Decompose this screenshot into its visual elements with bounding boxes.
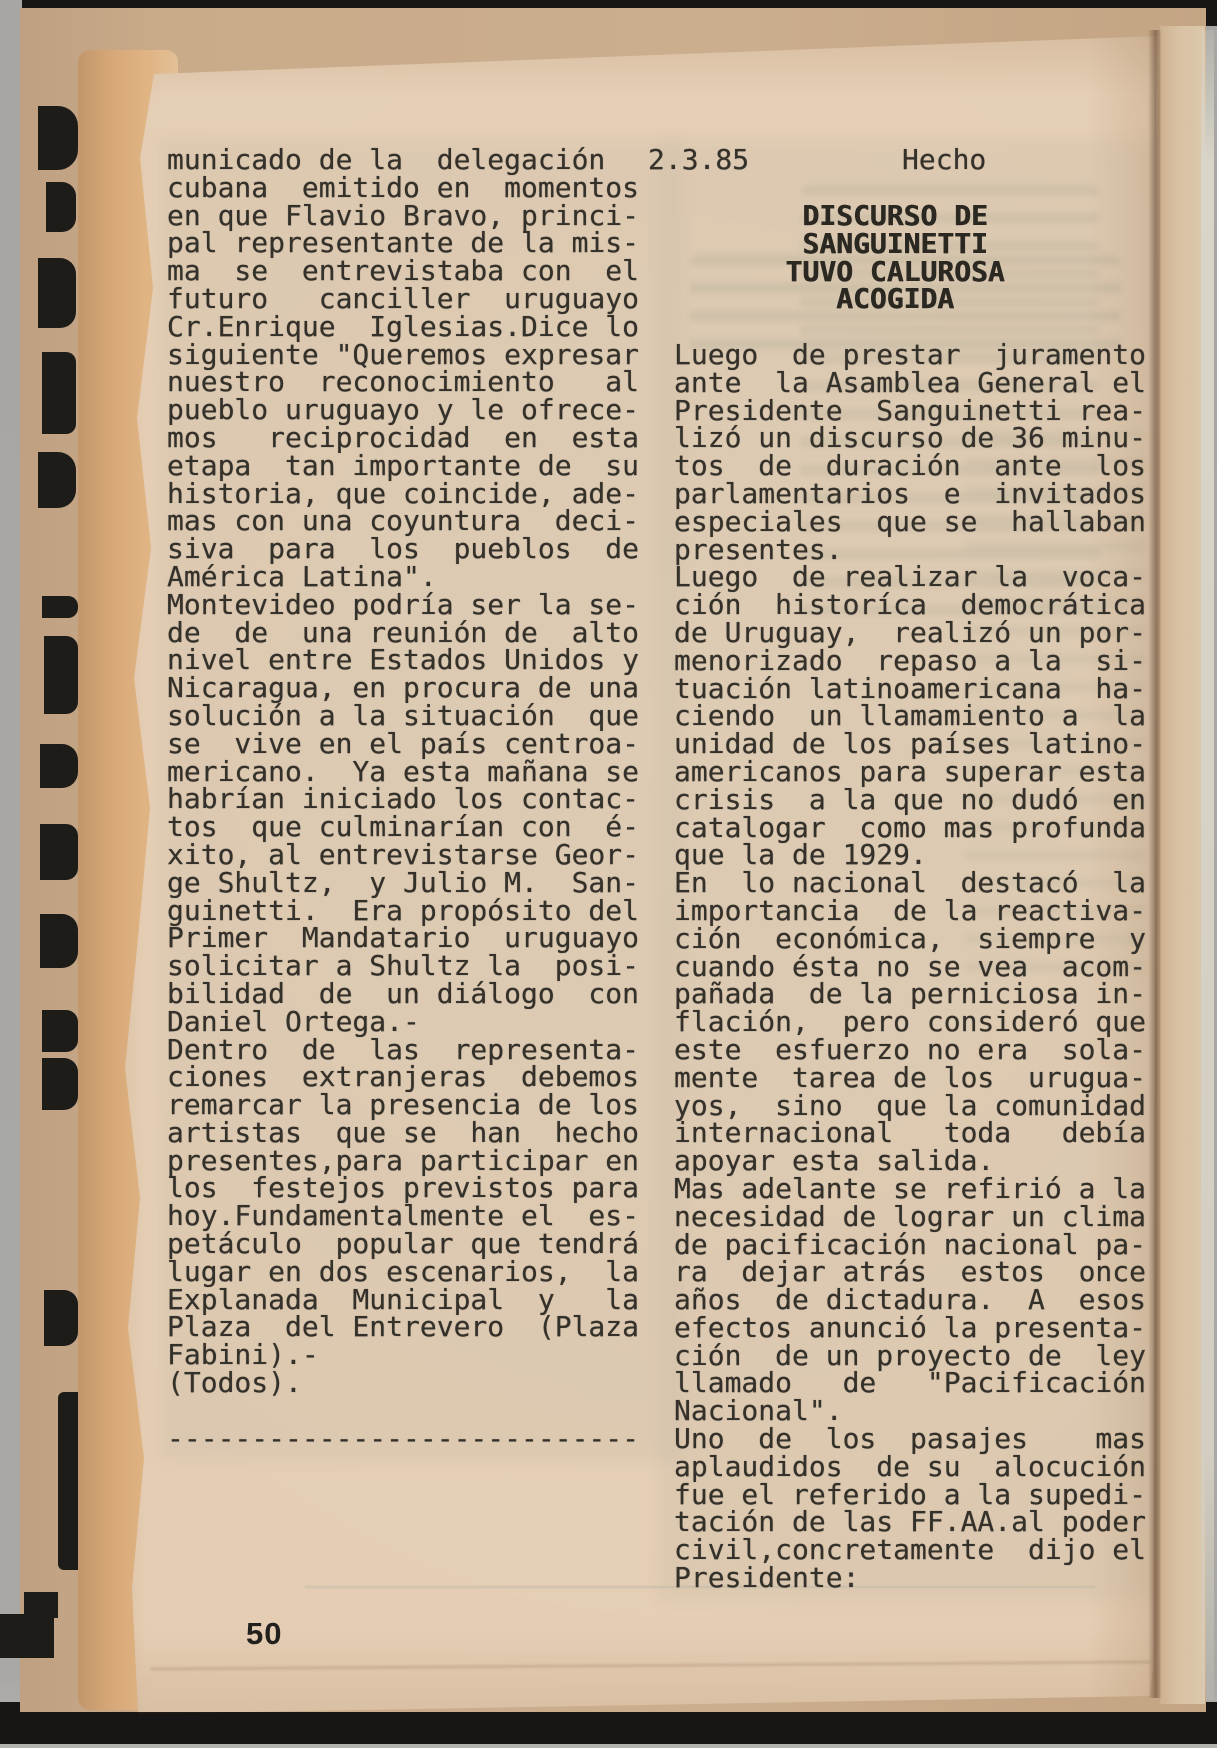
page-fold-shadow [1148, 30, 1162, 1698]
cover-letter-fragment [42, 1058, 78, 1110]
article-date: 2.3.85 [648, 146, 749, 174]
right-column-text: Luego de prestar juramento ante la Asamb… [674, 341, 1146, 1592]
cover-letter-fragment [38, 452, 76, 508]
cover-letter-fragment [44, 1290, 78, 1346]
cover-letter-fragment [38, 258, 76, 328]
page-edge-highlight [1201, 30, 1214, 1700]
cover-letter-fragment [42, 596, 78, 618]
cover-letter-fragment [40, 914, 78, 968]
cover-letter-fragment [40, 744, 78, 788]
cover-letter-fragment [42, 1010, 78, 1052]
cover-letter-fragment [0, 1614, 54, 1658]
cover-letter-fragment [46, 182, 76, 232]
cover-letter-fragment [38, 106, 78, 170]
cover-letter-fragment [40, 824, 78, 880]
page-number: 50 [246, 1616, 282, 1652]
status-note: Hecho [902, 146, 986, 174]
scanner-background: { "document": { "date": "2.3.85", "statu… [0, 0, 1217, 1748]
cover-letter-fragment [42, 352, 76, 434]
left-column-text: municado de la delegación cubana emitido… [167, 146, 639, 1452]
adjacent-page-sliver [1160, 26, 1205, 1704]
cover-letter-fragment [44, 636, 78, 714]
article-heading: DISCURSO DE SANGUINETTI TUVO CALUROSA AC… [650, 202, 1140, 313]
